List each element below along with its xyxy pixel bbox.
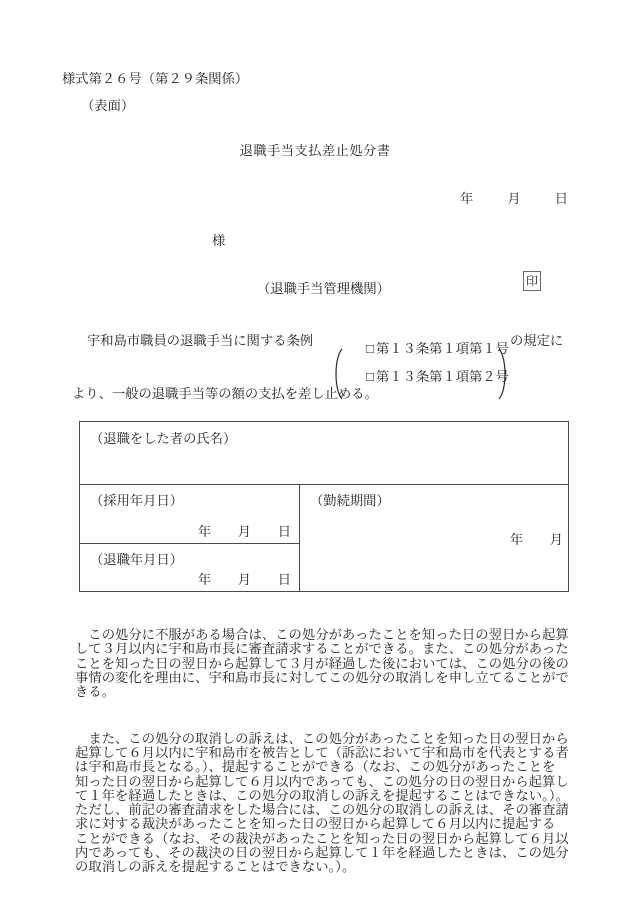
notice-paragraph-1: この処分に不服がある場合は、この処分があったことを知った日の翌日から起算 して３…	[75, 628, 620, 700]
date-line: 年 月 日	[460, 188, 568, 207]
clause-option-label: 第１３条第１項第２号	[376, 369, 509, 384]
retire-date-units: 年 月 日	[198, 569, 291, 588]
addressee-honorific: 様	[212, 230, 225, 249]
side-label: （表面）	[81, 95, 134, 114]
date-month-label: 月	[507, 188, 520, 207]
date-column: （採用年月日） 年 月 日 （退職年月日） 年 月 日	[80, 485, 300, 591]
document-page: 様式第２６号（第２９条関係） （表面） 退職手当支払差止処分書 年 月 日 様 …	[0, 0, 630, 903]
retire-date-cell: （退職年月日） 年 月 日	[80, 544, 299, 591]
retiree-name-label: （退職をした者の氏名）	[90, 431, 236, 446]
retire-date-label: （退職年月日）	[90, 552, 183, 567]
service-period-units: 年 月	[510, 529, 563, 548]
date-day-label: 日	[555, 188, 568, 207]
clause-lead: 宇和島市職員の退職手当に関する条例	[87, 330, 313, 349]
notice-paragraph-2: また、この処分の取消しの訴えは、この処分があったことを知った日の翌日から 起算し…	[75, 732, 620, 875]
document-title: 退職手当支払差止処分書	[0, 140, 630, 159]
issuer-label: （退職手当管理機関）	[257, 278, 390, 297]
form-number: 様式第２６号（第２９条関係）	[62, 68, 248, 87]
detail-table: （退職をした者の氏名） （採用年月日） 年 月 日 （退職年月日） 年 月 日 …	[79, 421, 569, 592]
hire-date-label: （採用年月日）	[90, 493, 183, 508]
date-year-label: 年	[460, 188, 473, 207]
retiree-name-cell: （退職をした者の氏名）	[80, 422, 568, 485]
service-period-label: （勤続期間）	[310, 493, 390, 508]
clause-tail: の規定に	[510, 330, 563, 349]
service-period-cell: （勤続期間） 年 月	[300, 485, 568, 591]
hire-date-units: 年 月 日	[198, 521, 291, 540]
hire-date-cell: （採用年月日） 年 月 日	[80, 485, 299, 544]
appeal-notice: この処分に不服がある場合は、この処分があったことを知った日の翌日から起算 して３…	[75, 596, 620, 903]
clause-continuation: より、一般の退職手当等の額の支払を差し止める。	[72, 383, 378, 402]
seal-stamp: 印	[523, 271, 541, 291]
